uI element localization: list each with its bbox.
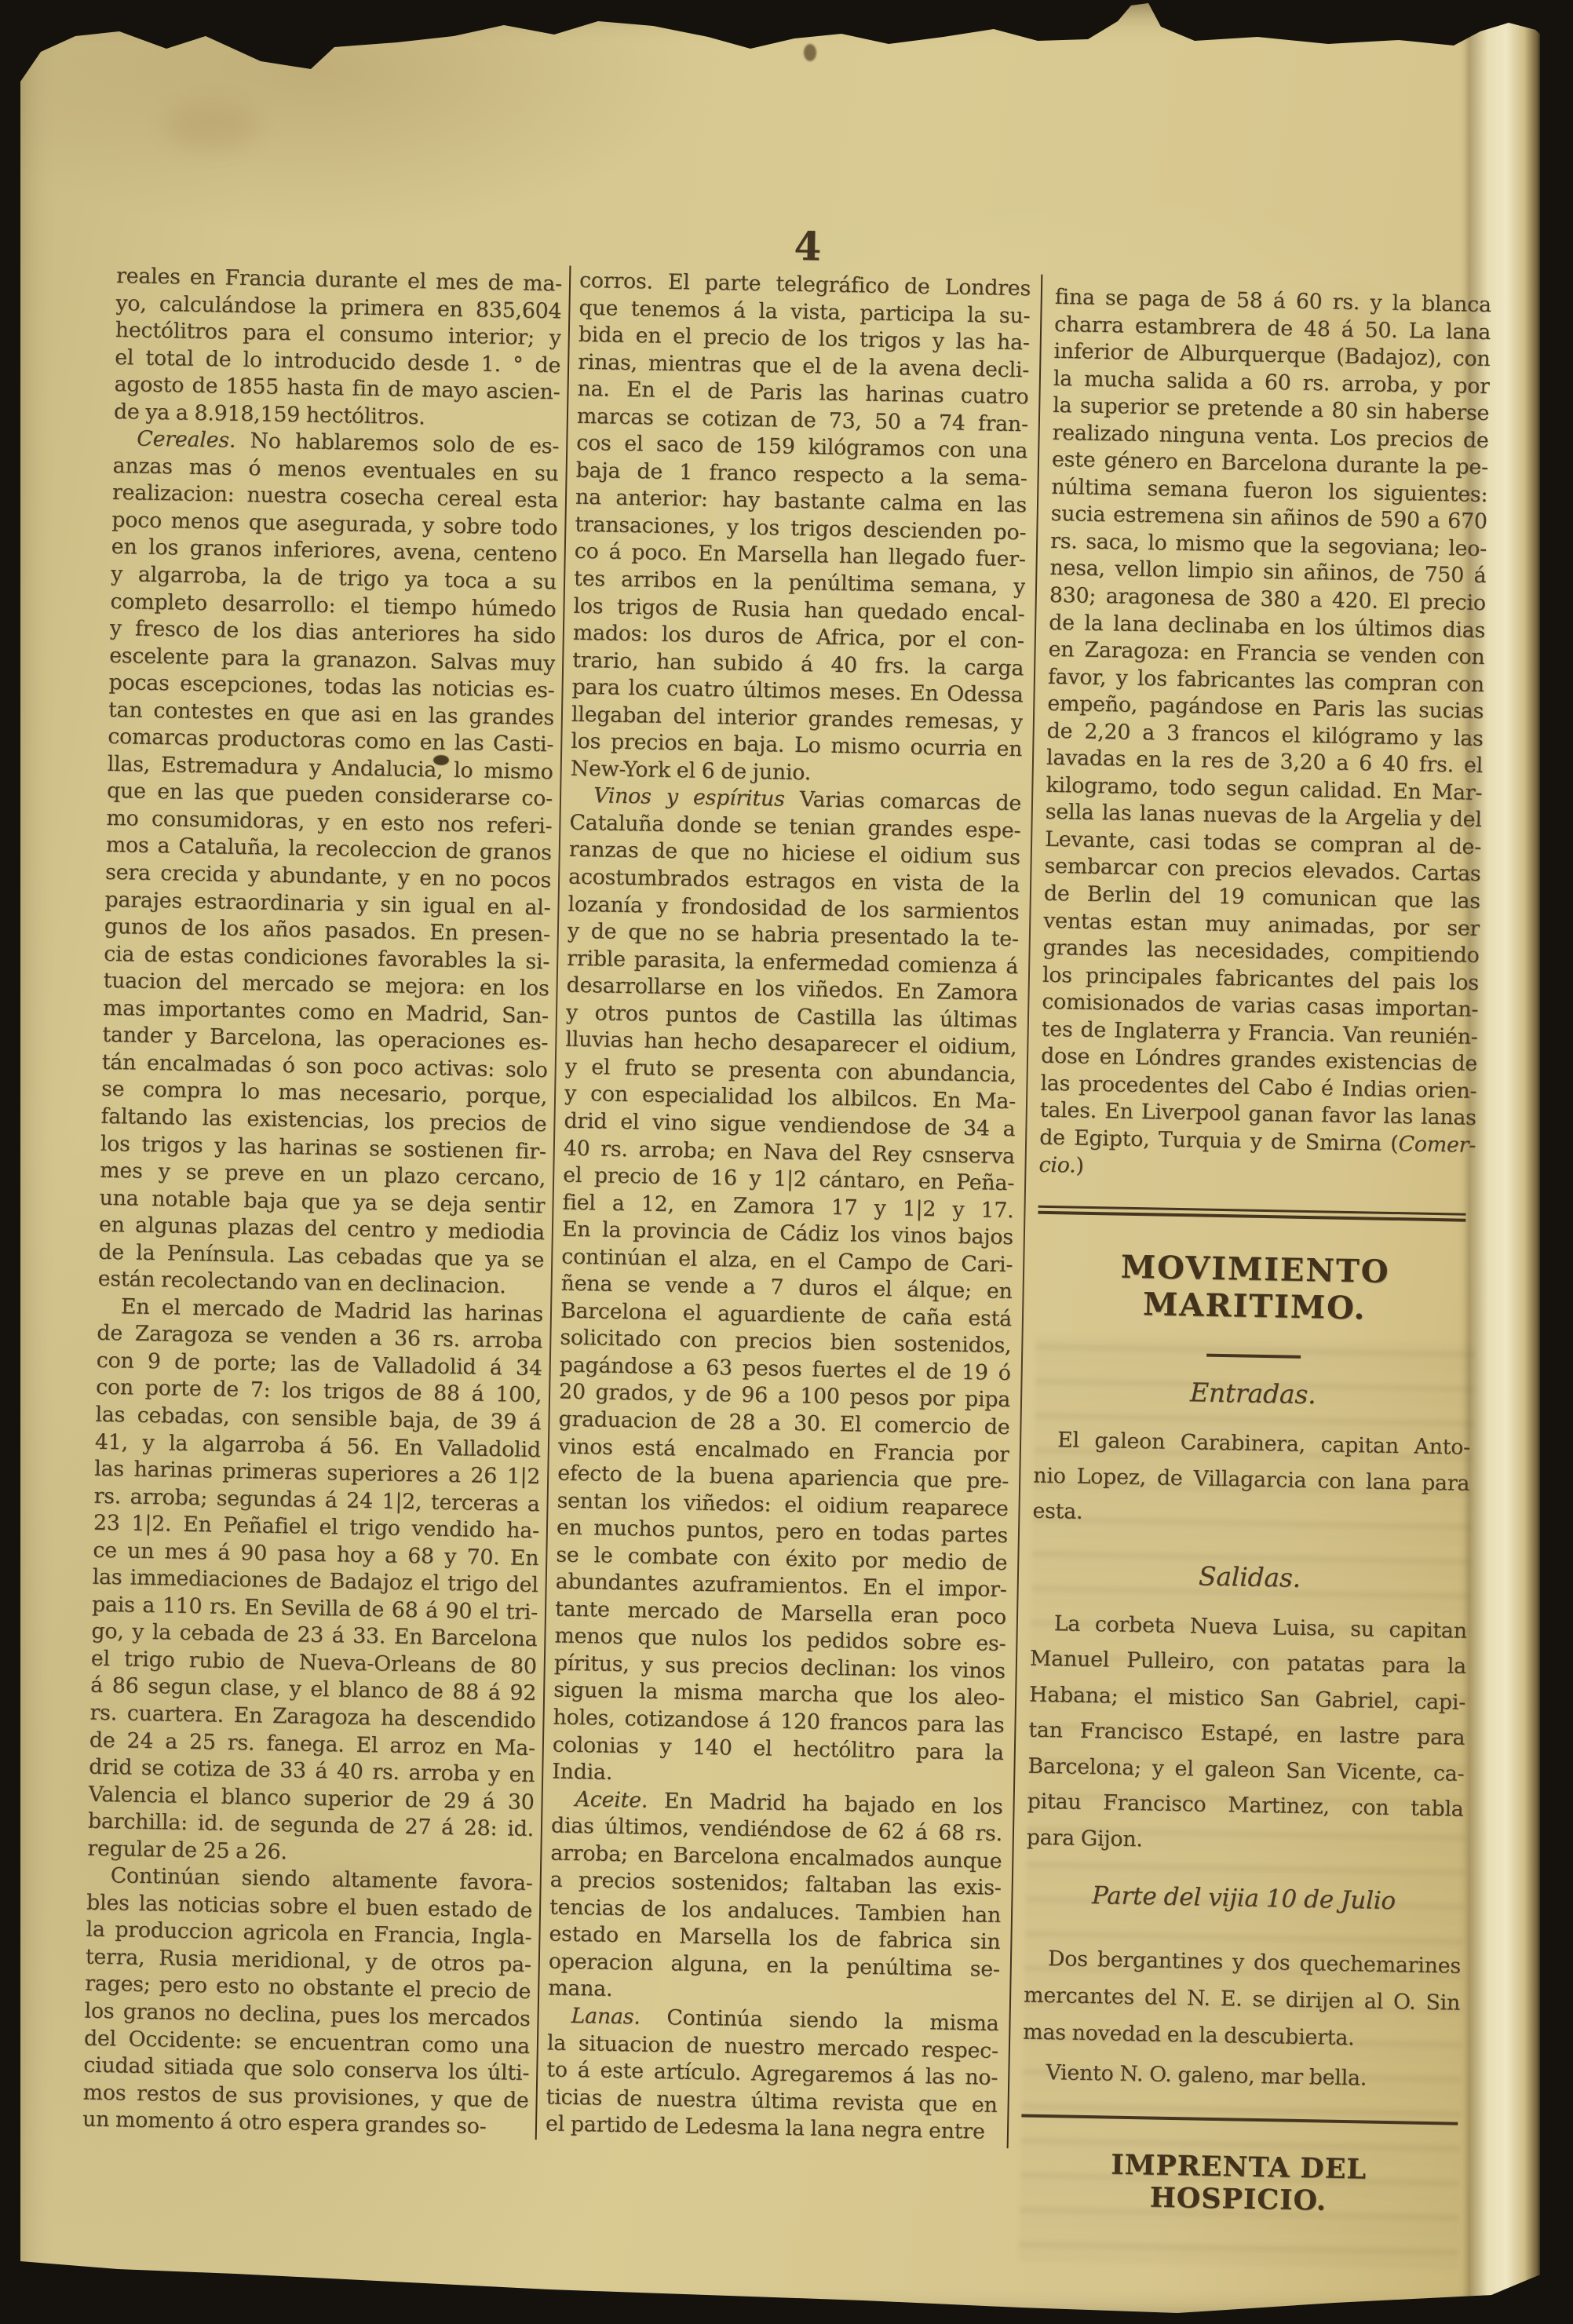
paragraph: El galeon Carabinera, capitan Anto-nio L… xyxy=(1032,1422,1470,1538)
paragraph: Vinos y espíritus Varias comarcas deCata… xyxy=(552,783,1021,1794)
paragraph: Viento N. O. galeno, mar bella. xyxy=(1022,2054,1459,2099)
text-line: mas novedad en la descubierta. xyxy=(1023,2014,1460,2059)
divider-rule xyxy=(1021,2114,1458,2125)
divider-rule xyxy=(1206,1353,1301,1359)
printed-content: 4 reales en Francia durante el mes de ma… xyxy=(80,196,1498,2262)
paragraph: Lanas. Continúa siendo la mismala situac… xyxy=(546,2002,999,2146)
paragraph: Continúan siendo altamente favora-bles l… xyxy=(82,1862,533,2142)
ink-spot xyxy=(804,44,816,61)
column-right: fina se paga de 58 á 60 rs. y la blancac… xyxy=(1020,284,1491,2219)
paragraph: La corbeta Nueva Luisa, su capitanManuel… xyxy=(1026,1605,1467,1863)
text-line: Viento N. O. galeno, mar bella. xyxy=(1022,2054,1459,2099)
parte-heading: Parte del vijia 10 de Julio xyxy=(1025,1881,1462,1917)
column-left: reales en Francia durante el mes de ma-y… xyxy=(82,263,563,2142)
paragraph: reales en Francia durante el mes de ma-y… xyxy=(114,263,563,434)
imprint: IMPRENTA DEL HOSPICIO. xyxy=(1020,2147,1457,2219)
paragraph: En el mercado de Madrid las harinasde Za… xyxy=(87,1293,543,1871)
scanned-newspaper-page: { "page": { "number": "4" }, "columns": … xyxy=(0,0,1573,2324)
paragraph: corros. El parte telegráfico de Londresq… xyxy=(570,268,1031,791)
paragraph: Cereales. No hablaremos solo de es-anzas… xyxy=(97,425,559,1301)
column-middle: corros. El parte telegráfico de Londresq… xyxy=(546,268,1031,2147)
entradas-heading: Entradas. xyxy=(1035,1374,1472,1413)
paragraph: Aceite. En Madrid ha bajado en losdias ú… xyxy=(548,1786,1003,2011)
paragraph: Dos bergantines y dos quechemarinesmerca… xyxy=(1023,1940,1461,2059)
section-title: MOVIMIENTO MARITIMO. xyxy=(1036,1247,1474,1329)
double-rule xyxy=(1038,1206,1465,1222)
foxing-stain xyxy=(165,102,259,149)
paragraph: fina se paga de 58 á 60 rs. y la blancac… xyxy=(1038,284,1491,1187)
salidas-heading: Salidas. xyxy=(1031,1557,1469,1596)
